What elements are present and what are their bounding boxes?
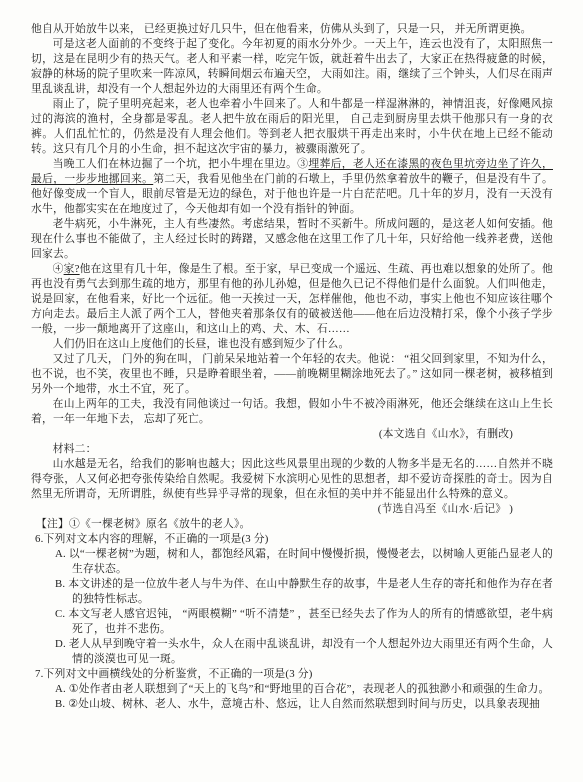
text-segment: B. ②处山坡、树林、老人、水牛，意境古朴、悠远，让人自然而然联想到时间与历史，… — [55, 698, 540, 710]
text-segment: (本文选自《山水》，有删改) — [379, 428, 513, 440]
question-6-option-c: C. 本文写老人感官迟钝， “两眼模糊” “听不清楚” ，甚至已经失去了作为人的… — [31, 607, 553, 637]
paragraph-rainstorm: 可是这老人面前的不变终于起了变化。今年初夏的雨水分外少。一天上午，连云也没有了，… — [31, 37, 553, 97]
text-segment: 可是这老人面前的不变终于起了变化。今年初夏的雨水分外少。一天上午，连云也没有了，… — [31, 38, 553, 95]
text-segment: 【注】①《一棵老树》原名《放牛的老人》。 — [36, 518, 251, 530]
attribution-material-one: (本文选自《山水》，有删改) — [31, 427, 553, 442]
text-segment: 材料二： — [53, 443, 97, 455]
question-6: 6.下列对文本内容的理解，不正确的一项是(3 分) — [31, 532, 553, 547]
exam-page: 他自从开始放牛以来， 已经更换过好几只牛，但在他看来，仿佛从头到了，只是一只， … — [0, 0, 583, 782]
text-segment: A. 以“一棵老树”为题，树和人，都饱经风霜，在时间中慢慢折损，慢慢老去，以树喻… — [55, 548, 553, 575]
text-segment: D. 老人从早到晚守着一头水牛，众人在雨中乱谈乱讲，却没有一个人想起外边大雨里还… — [55, 638, 553, 665]
question-6-option-d: D. 老人从早到晚守着一头水牛，众人在雨中乱谈乱讲，却没有一个人想起外边大雨里还… — [31, 637, 553, 667]
text-segment: 在山上两年的工夫，我没有同他谈过一句话。我想，假如小牛不被冷雨淋死，他还会继续在… — [31, 398, 553, 425]
paragraph-material-two: 山水越是无名，给我们的影响也越大；因此这些风景里出现的少数的人物多半是无名的……… — [31, 457, 553, 502]
text-segment: ④ — [53, 263, 64, 275]
paragraph-home: ④家?他在这里有几十年，像是生了根。至于家，早已变成一个遥远、生疏、再也难以想象… — [31, 262, 553, 337]
paragraph-after-rain: 雨止了，院子里明亮起来，老人也牵着小牛回来了。人和牛都是一样湿淋淋的，神情沮丧，… — [31, 97, 553, 157]
question-7-option-a: A. ①处作者由老人联想到了“天上的飞鸟”和“野地里的百合花”，表现老人的孤独渺… — [31, 682, 553, 697]
paragraph-pension: 老牛病死，小牛淋死，主人有些凄然。考虑结果，暂时不买新牛。所成问题的，是这老人如… — [31, 217, 553, 262]
text-segment: B. 本文讲述的是一位放牛老人与牛为伴、在山中静默生存的故事，牛是老人生存的寄托… — [55, 578, 553, 605]
text-segment: A. ①处作者由老人联想到了“天上的飞鸟”和“野地里的百合花”，表现老人的孤独渺… — [55, 683, 550, 695]
text-segment: 6.下列对文本内容的理解，不正确的一项是(3 分) — [35, 533, 269, 545]
question-6-option-b: B. 本文讲述的是一位放牛老人与牛为伴、在山中静默生存的故事，牛是老人生存的寄托… — [31, 577, 553, 607]
material-two-heading: 材料二： — [31, 442, 553, 457]
text-segment: 又过了几天， 门外的狗在叫， 门前呆呆地站着一个年轻的农夫。他说： “祖父回到家… — [31, 353, 553, 395]
text-segment: 7.下列对文中画横线处的分析鉴赏，不正确的一项是(3 分) — [35, 668, 313, 680]
paragraph-continued: 他自从开始放牛以来， 已经更换过好几只牛，但在他看来，仿佛从头到了，只是一只， … — [31, 22, 553, 37]
paragraph-mountain-days: 人们仍旧在这山上度他们的长昼，谁也没有感到短少了什么。 — [31, 337, 553, 352]
text-segment: 老牛病死，小牛淋死，主人有些凄然。考虑结果，暂时不买新牛。所成问题的，是这老人如… — [31, 218, 553, 260]
text-segment: 山水越是无名，给我们的影响也越大；因此这些风景里出现的少数的人物多半是无名的……… — [31, 458, 553, 500]
paragraph-reflection: 在山上两年的工夫，我没有同他谈过一句话。我想，假如小牛不被冷雨淋死，他还会继续在… — [31, 397, 553, 427]
question-7: 7.下列对文中画横线处的分析鉴赏，不正确的一项是(3 分) — [31, 667, 553, 682]
text-segment: 他在这里有几十年，像是生了根。至于家，早已变成一个遥远、生疏、再也难以想象的处所… — [31, 263, 553, 335]
text-segment: (节选自冯至《山水·后记》 ) — [378, 503, 513, 515]
document-blocks: 他自从开始放牛以来， 已经更换过好几只牛，但在他看来，仿佛从头到了，只是一只， … — [31, 22, 553, 712]
text-segment: 人们仍旧在这山上度他们的长昼，谁也没有感到短少了什么。 — [53, 338, 350, 350]
attribution-material-two: (节选自冯至《山水·后记》 ) — [31, 502, 553, 517]
text-segment: 雨止了，院子里明亮起来，老人也牵着小牛回来了。人和牛都是一样湿淋淋的，神情沮丧，… — [31, 98, 553, 155]
question-6-option-a: A. 以“一棵老树”为题，树和人，都饱经风霜，在时间中慢慢折损，慢慢老去，以树喻… — [31, 547, 553, 577]
text-segment: 当晚工人们在林边掘了一个坑，把小牛埋在里边。③ — [53, 158, 309, 170]
footnote: 【注】①《一棵老树》原名《放牛的老人》。 — [31, 517, 553, 532]
text-segment: C. 本文写老人感官迟钝， “两眼模糊” “听不清楚” ，甚至已经失去了作为人的… — [55, 608, 553, 635]
underlined-passage: 家? — [64, 263, 80, 275]
text-segment: 他自从开始放牛以来， 已经更换过好几只牛，但在他看来，仿佛从头到了，只是一只， … — [31, 23, 532, 35]
paragraph-burial: 当晚工人们在林边掘了一个坑，把小牛埋在里边。③埋葬后，老人还在漆黑的夜色里坑旁边… — [31, 157, 553, 217]
paragraph-death-news: 又过了几天， 门外的狗在叫， 门前呆呆地站着一个年轻的农夫。他说： “祖父回到家… — [31, 352, 553, 397]
question-7-option-b: B. ②处山坡、树林、老人、水牛，意境古朴、悠远，让人自然而然联想到时间与历史，… — [31, 697, 553, 712]
